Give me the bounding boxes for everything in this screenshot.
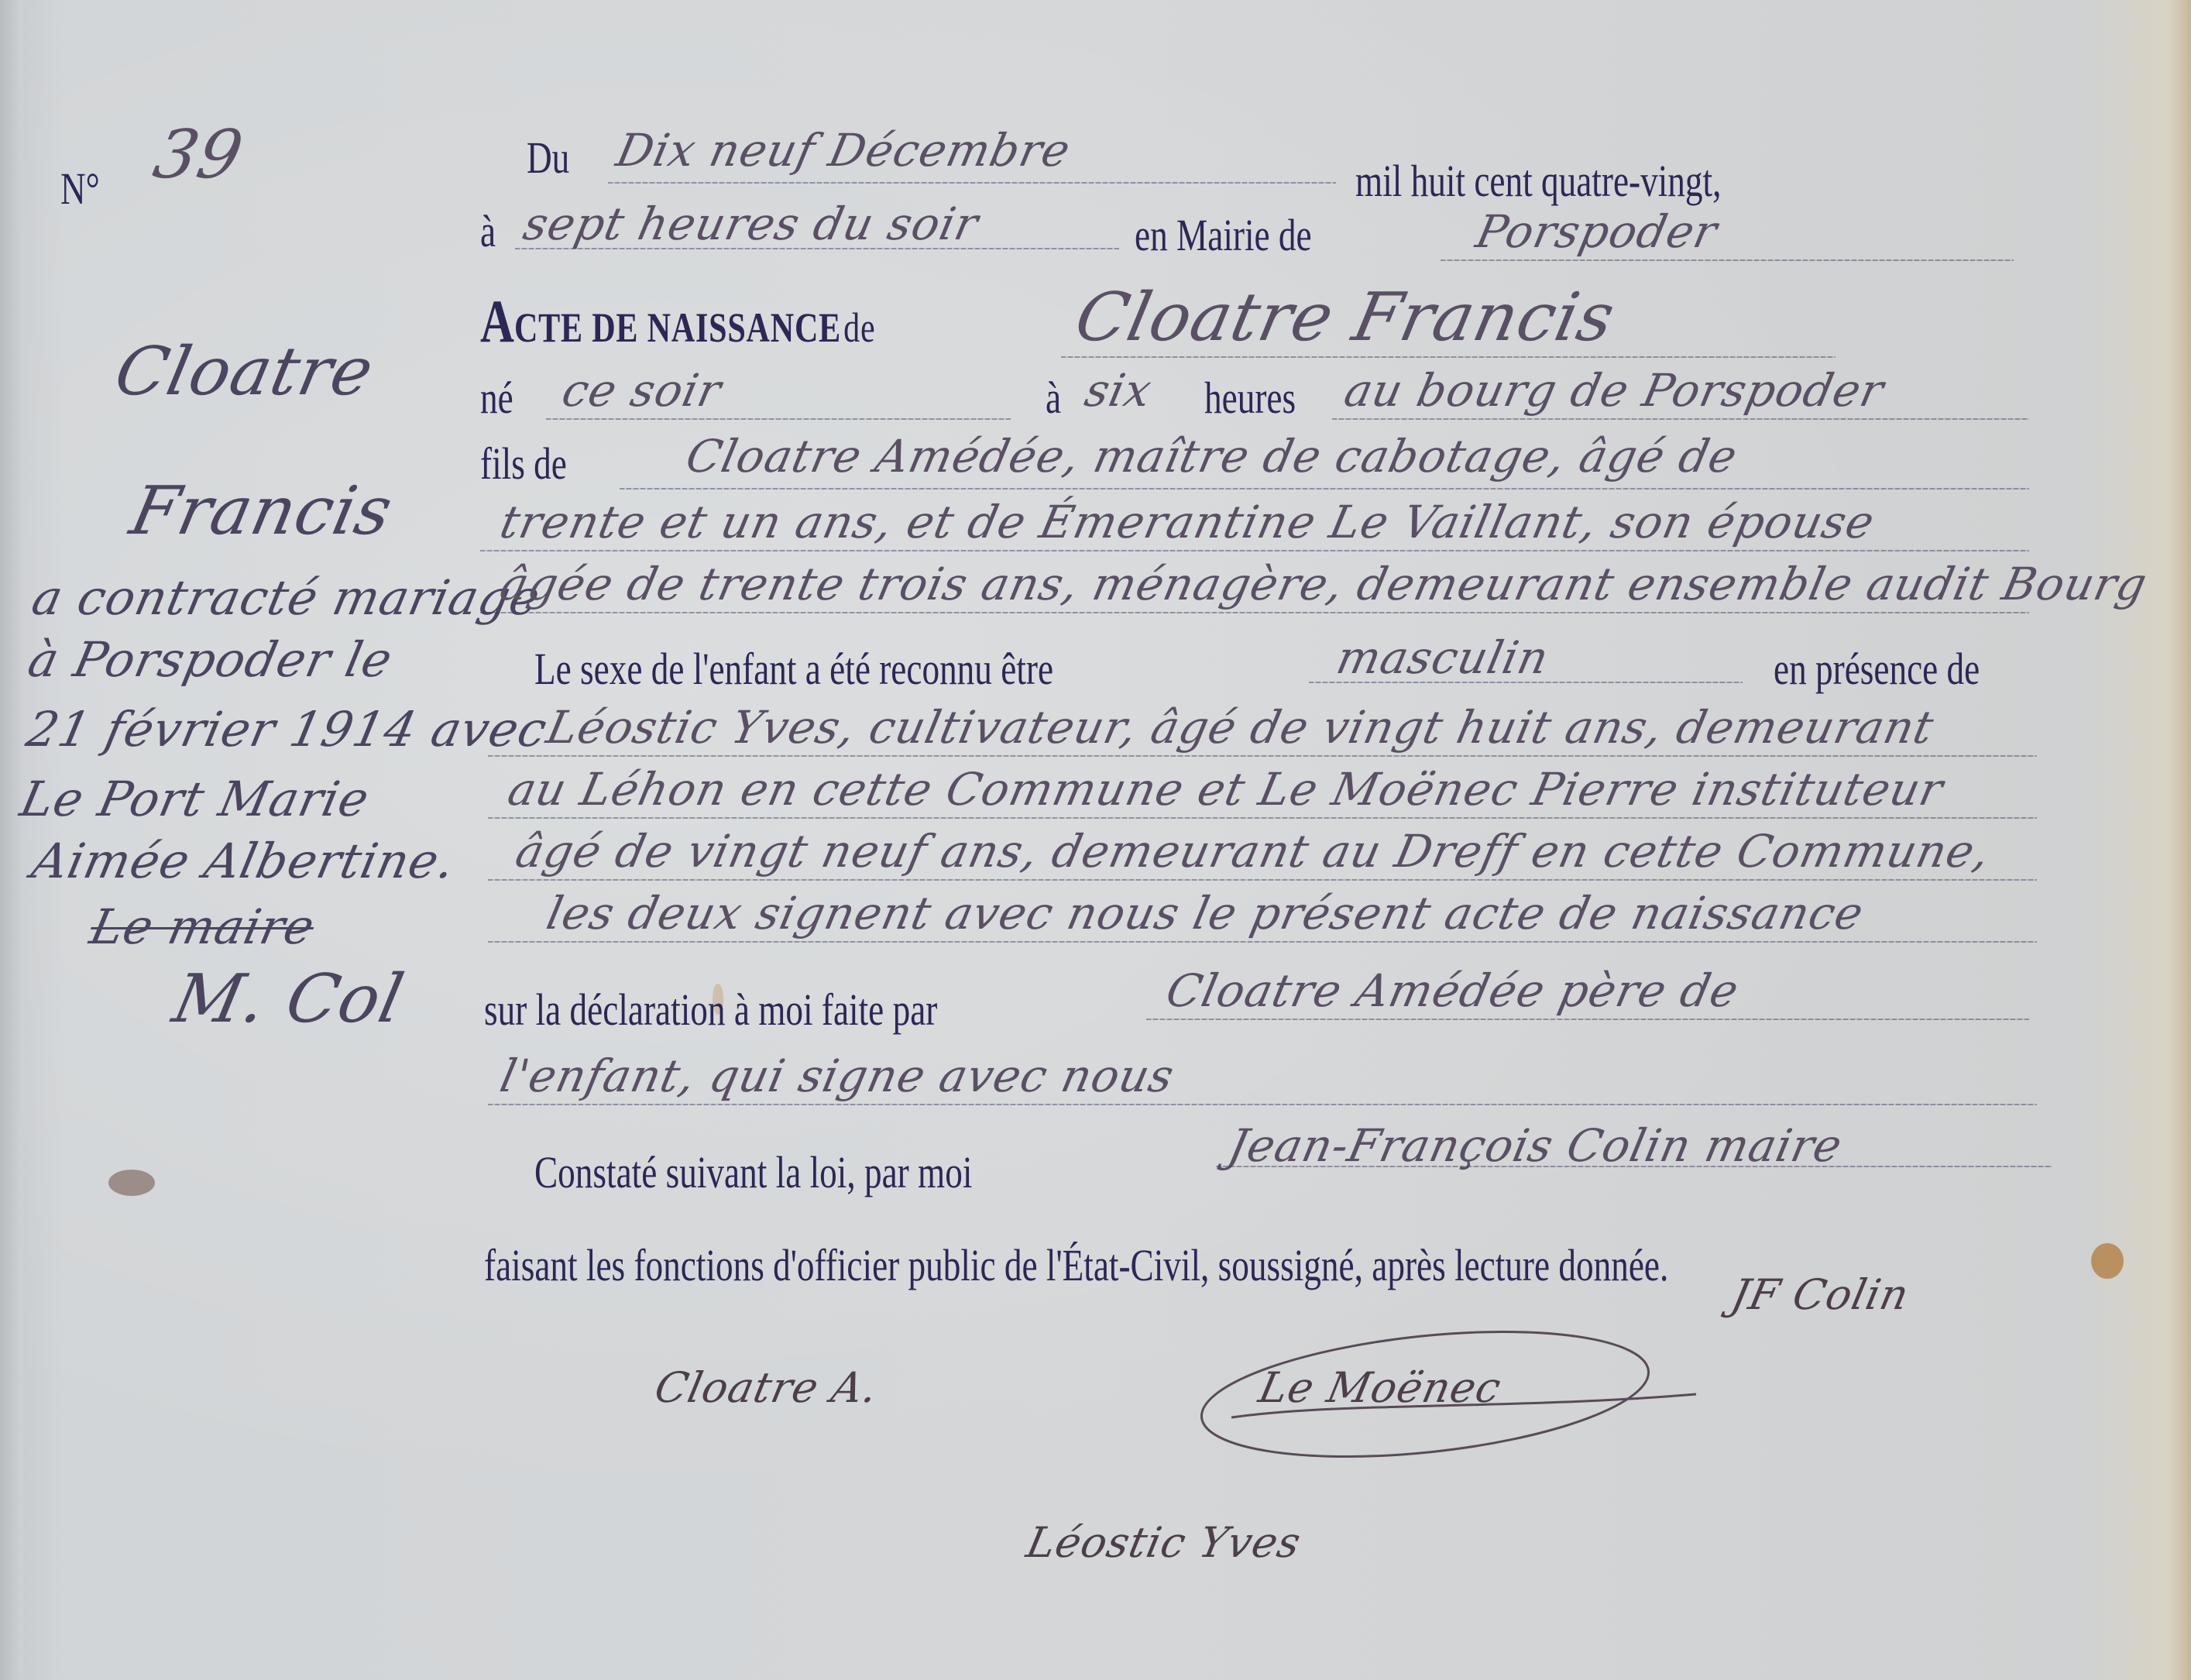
title-rest: CTE DE NAISSANCE [514, 304, 841, 351]
birth-a-label: à [1046, 372, 1061, 424]
heures-label: heures [1204, 372, 1296, 424]
signature-witness-1: Léostic Yves [1022, 1518, 1306, 1567]
parents-line: Cloatre Amédée, maître de cabotage, âgé … [682, 430, 1743, 483]
commune-handwritten: Porspoder [1472, 205, 1722, 258]
signature-mayor: JF Colin [1727, 1270, 1914, 1319]
margin-annotation-line: Le Port Marie [15, 771, 374, 827]
title-de: de [843, 304, 875, 351]
parents-rule [480, 612, 2029, 613]
margin-given-name: Francis [124, 472, 400, 550]
sex-value: masculin [1332, 631, 1554, 684]
commune-rule [1441, 259, 2014, 261]
presence-label: en présence de [1774, 643, 1980, 695]
parents-line: trente et un ans, et de Émerantine Le Va… [496, 496, 1880, 548]
closing-text: faisant les fonctions d'officier public … [484, 1239, 1668, 1291]
ink-blot [108, 1170, 155, 1196]
birth-hour: six [1080, 364, 1156, 417]
fils-de-label: fils de [480, 438, 567, 490]
parents-rule [480, 550, 2029, 551]
year-printed: mil huit cent quatre-vingt, [1355, 155, 1721, 207]
child-name: Cloatre Francis [1069, 279, 1622, 356]
sex-label: Le sexe de l'enfant a été reconnu être [534, 643, 1053, 695]
witness-rule [488, 817, 2037, 819]
signature-father: Cloatre A. [651, 1363, 882, 1412]
witness-line: Léostic Yves, cultivateur, âgé de vingt … [542, 701, 1939, 754]
witness-line: au Léhon en cette Commune et Le Moënec P… [503, 763, 1948, 816]
attestation-label: Constaté suivant la loi, par moi [534, 1146, 972, 1198]
record-number-label: N° [60, 163, 100, 215]
birth-place: au bourg de Porspoder [1340, 364, 1889, 417]
sex-rule [1309, 682, 1743, 683]
title-initial: A [480, 287, 514, 355]
date-handwritten: Dix neuf Décembre [612, 124, 1075, 177]
rust-stain [2091, 1243, 2124, 1279]
record-number: 39 [147, 116, 250, 194]
witness-rule [488, 879, 2037, 881]
birth-certificate-page: N° 39 Cloatre Francis a contracté mariag… [0, 0, 2191, 1680]
margin-annotation-line: a contracté mariage [27, 569, 545, 626]
declaration-rule [1146, 1019, 2029, 1020]
witness-rule [488, 755, 2037, 757]
margin-struck-text: Le maire [85, 898, 320, 955]
margin-initials: M. Col [167, 960, 410, 1038]
declaration-line: Cloatre Amédée père de [1162, 964, 1743, 1017]
margin-annotation-line: Aimée Albertine. [27, 833, 461, 889]
witness-line: âgé de vingt neuf ans, demeurant au Dref… [511, 825, 1995, 878]
witness-rule [488, 941, 2037, 943]
margin-annotation-line: à Porspoder le [23, 631, 397, 688]
declaration-rule [488, 1104, 2037, 1105]
time-rule [515, 248, 1119, 249]
document-title: ACTE DE NAISSANCE de [480, 287, 875, 356]
margin-annotation-line: 21 février 1914 avec [22, 701, 552, 758]
parents-line: âgée de trente trois ans, ménagère, deme… [496, 558, 2152, 610]
officer-rule [1216, 1166, 2052, 1167]
declaration-line: l'enfant, qui signe avec nous [496, 1050, 1179, 1102]
margin-surname: Cloatre [108, 333, 380, 411]
witness-line: les deux signent avec nous le présent ac… [542, 887, 1869, 940]
a-label: à [480, 205, 496, 257]
ne-label: né [480, 372, 513, 424]
signature-flourish [1185, 1309, 1727, 1479]
birth-when: ce soir [558, 364, 726, 417]
time-handwritten: sept heures du soir [519, 198, 984, 250]
child-name-rule [1061, 356, 1836, 358]
birth-place-rule [1332, 418, 2029, 420]
declaration-label: sur la déclaration à moi faite par [484, 984, 937, 1036]
page-binding-edge [0, 0, 23, 1680]
officer-name: Jean-François Colin maire [1224, 1119, 1847, 1172]
date-rule [608, 182, 1336, 184]
du-label: Du [527, 132, 569, 184]
birth-when-rule [546, 418, 1011, 420]
mairie-label: en Mairie de [1135, 209, 1312, 261]
parents-rule [620, 488, 2029, 490]
